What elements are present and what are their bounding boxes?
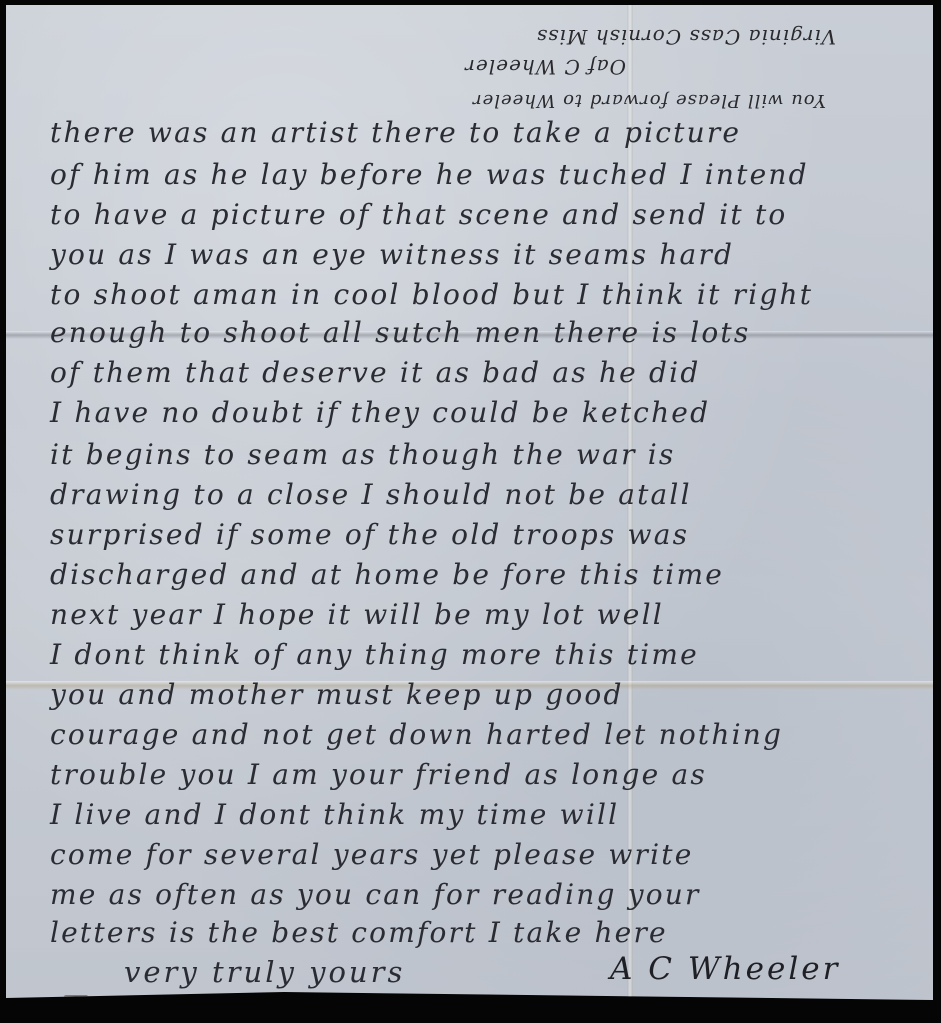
letter-line: drawing to a close I should not be atall (50, 481, 692, 509)
letter-line: enough to shoot all sutch men there is l… (50, 319, 750, 347)
letter-line: it begins to seam as though the war is (50, 441, 676, 469)
letter-line: come for several years yet please write (50, 841, 694, 869)
letter-line: trouble you I am your friend as longe as (50, 761, 707, 789)
letter-body: there was an artist there to take a pict… (6, 5, 933, 1000)
letter-line: I have no doubt if they could be ketched (50, 399, 710, 427)
letter-line: I dont think of any thing more this time (50, 641, 699, 669)
letter-line: discharged and at home be fore this time (50, 561, 724, 589)
letter-signature: A C Wheeler (610, 951, 840, 987)
letter-line: I live and I dont think my time will (50, 801, 619, 829)
letter-line: next year I hope it will be my lot well (50, 601, 664, 629)
letter-line: there was an artist there to take a pict… (50, 119, 741, 147)
letter-closing: very truly yours (124, 955, 405, 989)
letter-line: you as I was an eye witness it seams har… (50, 241, 734, 269)
letter-page: Virginia Cass Cornish Miss Oaf C Wheeler… (6, 5, 933, 1000)
letter-line: courage and not get down harted let noth… (50, 721, 783, 749)
letter-line: of them that deserve it as bad as he did (50, 359, 700, 387)
letter-line: you and mother must keep up good (50, 681, 624, 709)
letter-line: surprised if some of the old troops was (50, 521, 689, 549)
letter-line: of him as he lay before he was tuched I … (50, 161, 809, 189)
letter-line: to shoot aman in cool blood but I think … (50, 281, 813, 309)
letter-line: letters is the best comfort I take here (50, 919, 668, 947)
paper-stain (64, 995, 88, 1001)
letter-line: to have a picture of that scene and send… (50, 201, 787, 229)
letter-line: me as often as you can for reading your (50, 881, 701, 909)
